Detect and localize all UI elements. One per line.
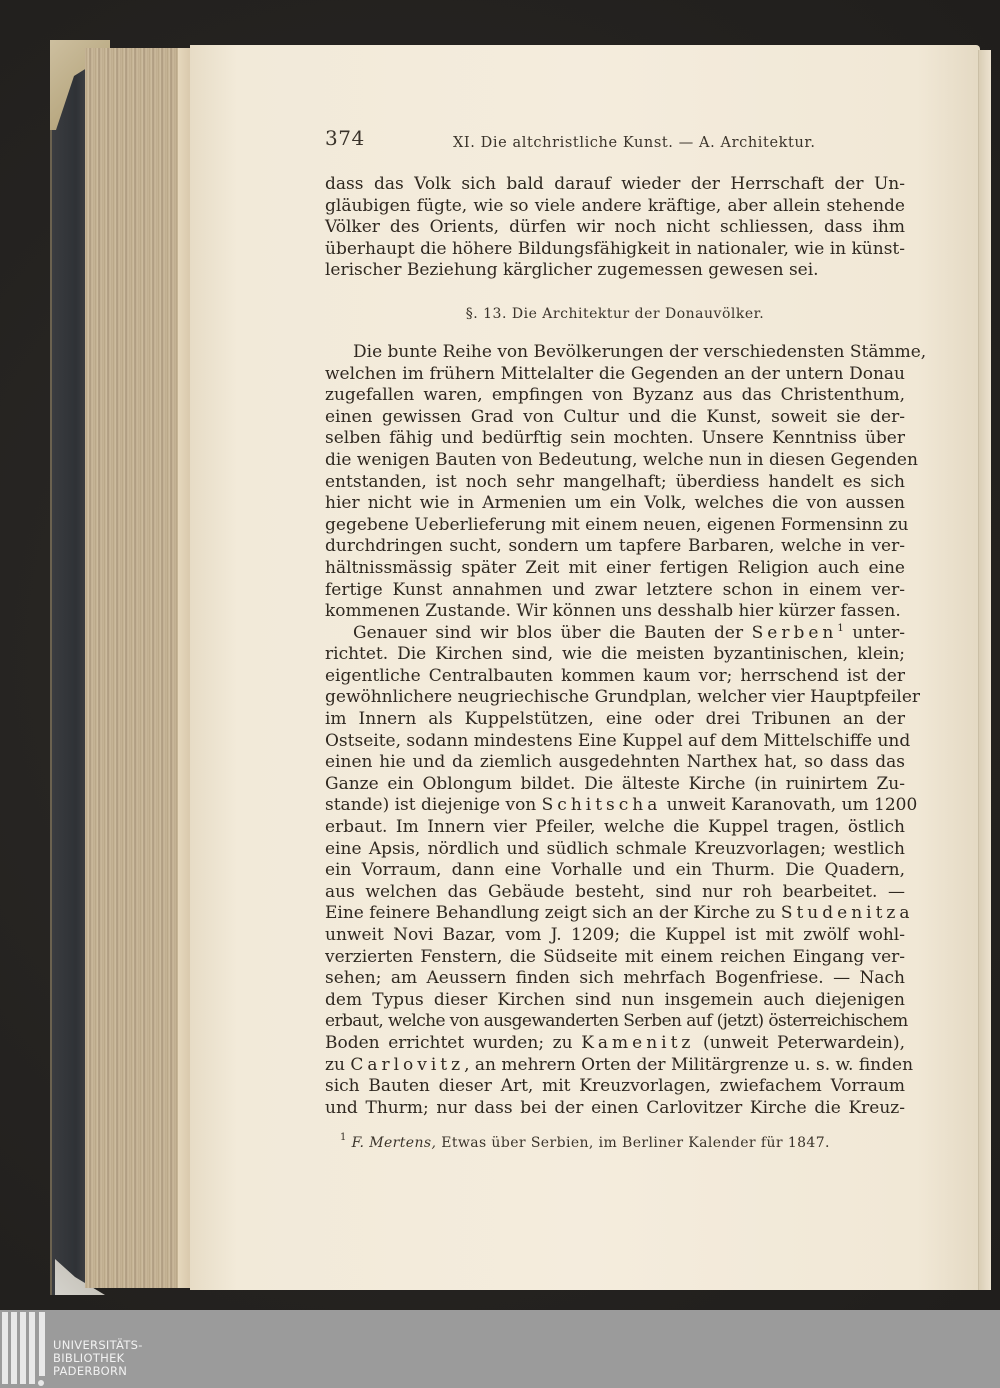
emphasized-name-serben: Serben [752,623,838,643]
text-line: dass das Volk sich bald darauf wieder de… [325,174,905,196]
text-line: durchdringen sucht, sondern um tapfere B… [325,536,905,558]
text-line: kommenen Zustande. Wir können uns dessha… [325,601,905,623]
text-line: eigentliche Centralbauten kommen kaum vo… [325,666,905,688]
text-fragment: , an mehrern Orten der Militärgrenze u. … [464,1055,913,1075]
page-block-edges [85,48,190,1288]
text-line: gegebene Ueberlieferung mit einem neuen,… [325,515,905,537]
text-line: erbaut, welche von ausgewanderten Serben… [325,1011,905,1033]
page-number: 374 [325,126,365,150]
emphasized-name-schitscha: Schitscha [542,795,662,815]
text-fragment: Genauer sind wir blos über die Bauten de… [353,623,743,643]
emphasized-name-carlovitz: Carlovitz [350,1055,464,1075]
text-line: Ostseite, sodann mindestens Eine Kuppel … [325,731,905,753]
text-line: sich Bauten dieser Art, mit Kreuzvorlage… [325,1076,905,1098]
text-line: gewöhnlichere neugriechische Grundplan, … [325,687,905,709]
text-line: fertige Kunst annahmen und zwar letztere… [325,580,905,602]
text-line: sehen; am Aeussern finden sich mehrfach … [325,968,905,990]
text-line: einen hie und da ziemlich ausgedehnten N… [325,752,905,774]
text-line: stande) ist diejenige von Schitscha unwe… [325,795,905,817]
text-line: zugefallen waren, empfingen von Byzanz a… [325,385,905,407]
text-line: lerischer Beziehung kärglicher zugemesse… [325,260,905,282]
text-fragment: unter- [852,623,905,643]
text-line: Die bunte Reihe von Bevölkerungen der ve… [325,342,905,364]
text-fragment: stande) ist diejenige von [325,795,536,815]
text-line: Völker des Orients, dürfen wir noch nich… [325,217,905,239]
footnote: 1 F. Mertens, Etwas über Serbien, im Ber… [340,1135,900,1151]
emphasized-name-kamenitz: Kamenitz [581,1033,694,1053]
text-line: welchen im frühern Mittelalter die Gegen… [325,364,905,386]
logo-line: PADERBORN [53,1365,143,1378]
library-logo-dot-icon [38,1380,44,1386]
text-line: Ganze ein Oblongum bildet. Die älteste K… [325,774,905,796]
page-gutter-fold [978,50,991,1290]
footnote-marker: 1 [340,1132,347,1143]
text-line: aus welchen das Gebäude besteht, sind nu… [325,882,905,904]
text-line: erbaut. Im Innern vier Pfeiler, welche d… [325,817,905,839]
text-fragment: (unweit Peterwardein), [703,1033,905,1053]
text-fragment: zu [325,1055,345,1075]
text-line: einen gewissen Grad von Cultur und die K… [325,407,905,429]
text-line: hältnissmässig später Zeit mit einer fer… [325,558,905,580]
text-fragment: unweit Karanovath, um 1200 [667,795,918,815]
library-footer-bar [0,1310,1000,1388]
library-logo-text[interactable]: UNIVERSITÄTS- BIBLIOTHEK PADERBORN [53,1339,143,1378]
text-line: Eine feinere Behandlung zeigt sich an de… [325,903,905,925]
text-fragment: Eine feinere Behandlung zeigt sich an de… [325,903,775,923]
text-line: unweit Novi Bazar, vom J. 1209; die Kupp… [325,925,905,947]
text-line: verzierten Fenstern, die Südseite mit ei… [325,947,905,969]
text-line: entstanden, ist noch sehr mangelhaft; üb… [325,472,905,494]
text-line: überhaupt die höhere Bildungsfähigkeit i… [325,239,905,261]
text-line: hier nicht wie in Armenien um ein Volk, … [325,493,905,515]
footnote-author: F. Mertens, [352,1135,437,1151]
emphasized-name-studenitza: Studenitza [781,903,914,923]
text-line: die wenigen Bauten von Bedeutung, welche… [325,450,905,472]
text-fragment: Boden errichtet wurden; zu [325,1033,573,1053]
footnote-text: Etwas über Serbien, im Berliner Kalender… [441,1135,830,1151]
running-head-title: XI. Die altchristliche Kunst. — A. Archi… [453,135,816,151]
text-line: zu Carlovitz, an mehrern Orten der Milit… [325,1055,905,1077]
text-line: gläubigen fügte, wie so viele andere krä… [325,196,905,218]
text-line: eine Apsis, nördlich und südlich schmale… [325,839,905,861]
text-line: Boden errichtet wurden; zu Kamenitz (unw… [325,1033,905,1055]
text-line: ein Vorraum, dann eine Vorhalle und ein … [325,860,905,882]
section-heading: §. 13. Die Architektur der Donauvölker. [325,304,905,324]
text-line: Genauer sind wir blos über die Bauten de… [325,623,905,645]
text-line: und Thurm; nur dass bei der einen Carlov… [325,1098,905,1120]
footnote-ref[interactable]: 1 [837,623,843,634]
running-head: 374 XI. Die altchristliche Kunst. — A. A… [325,126,925,156]
library-logo-icon [0,1312,48,1384]
text-line: im Innern als Kuppelstützen, eine oder d… [325,709,905,731]
body-text: dass das Volk sich bald darauf wieder de… [325,174,905,1119]
text-line: dem Typus dieser Kirchen sind nun insgem… [325,990,905,1012]
text-line: selben fähig und bedürftig sein mochten.… [325,428,905,450]
text-line: richtet. Die Kirchen sind, wie die meist… [325,644,905,666]
